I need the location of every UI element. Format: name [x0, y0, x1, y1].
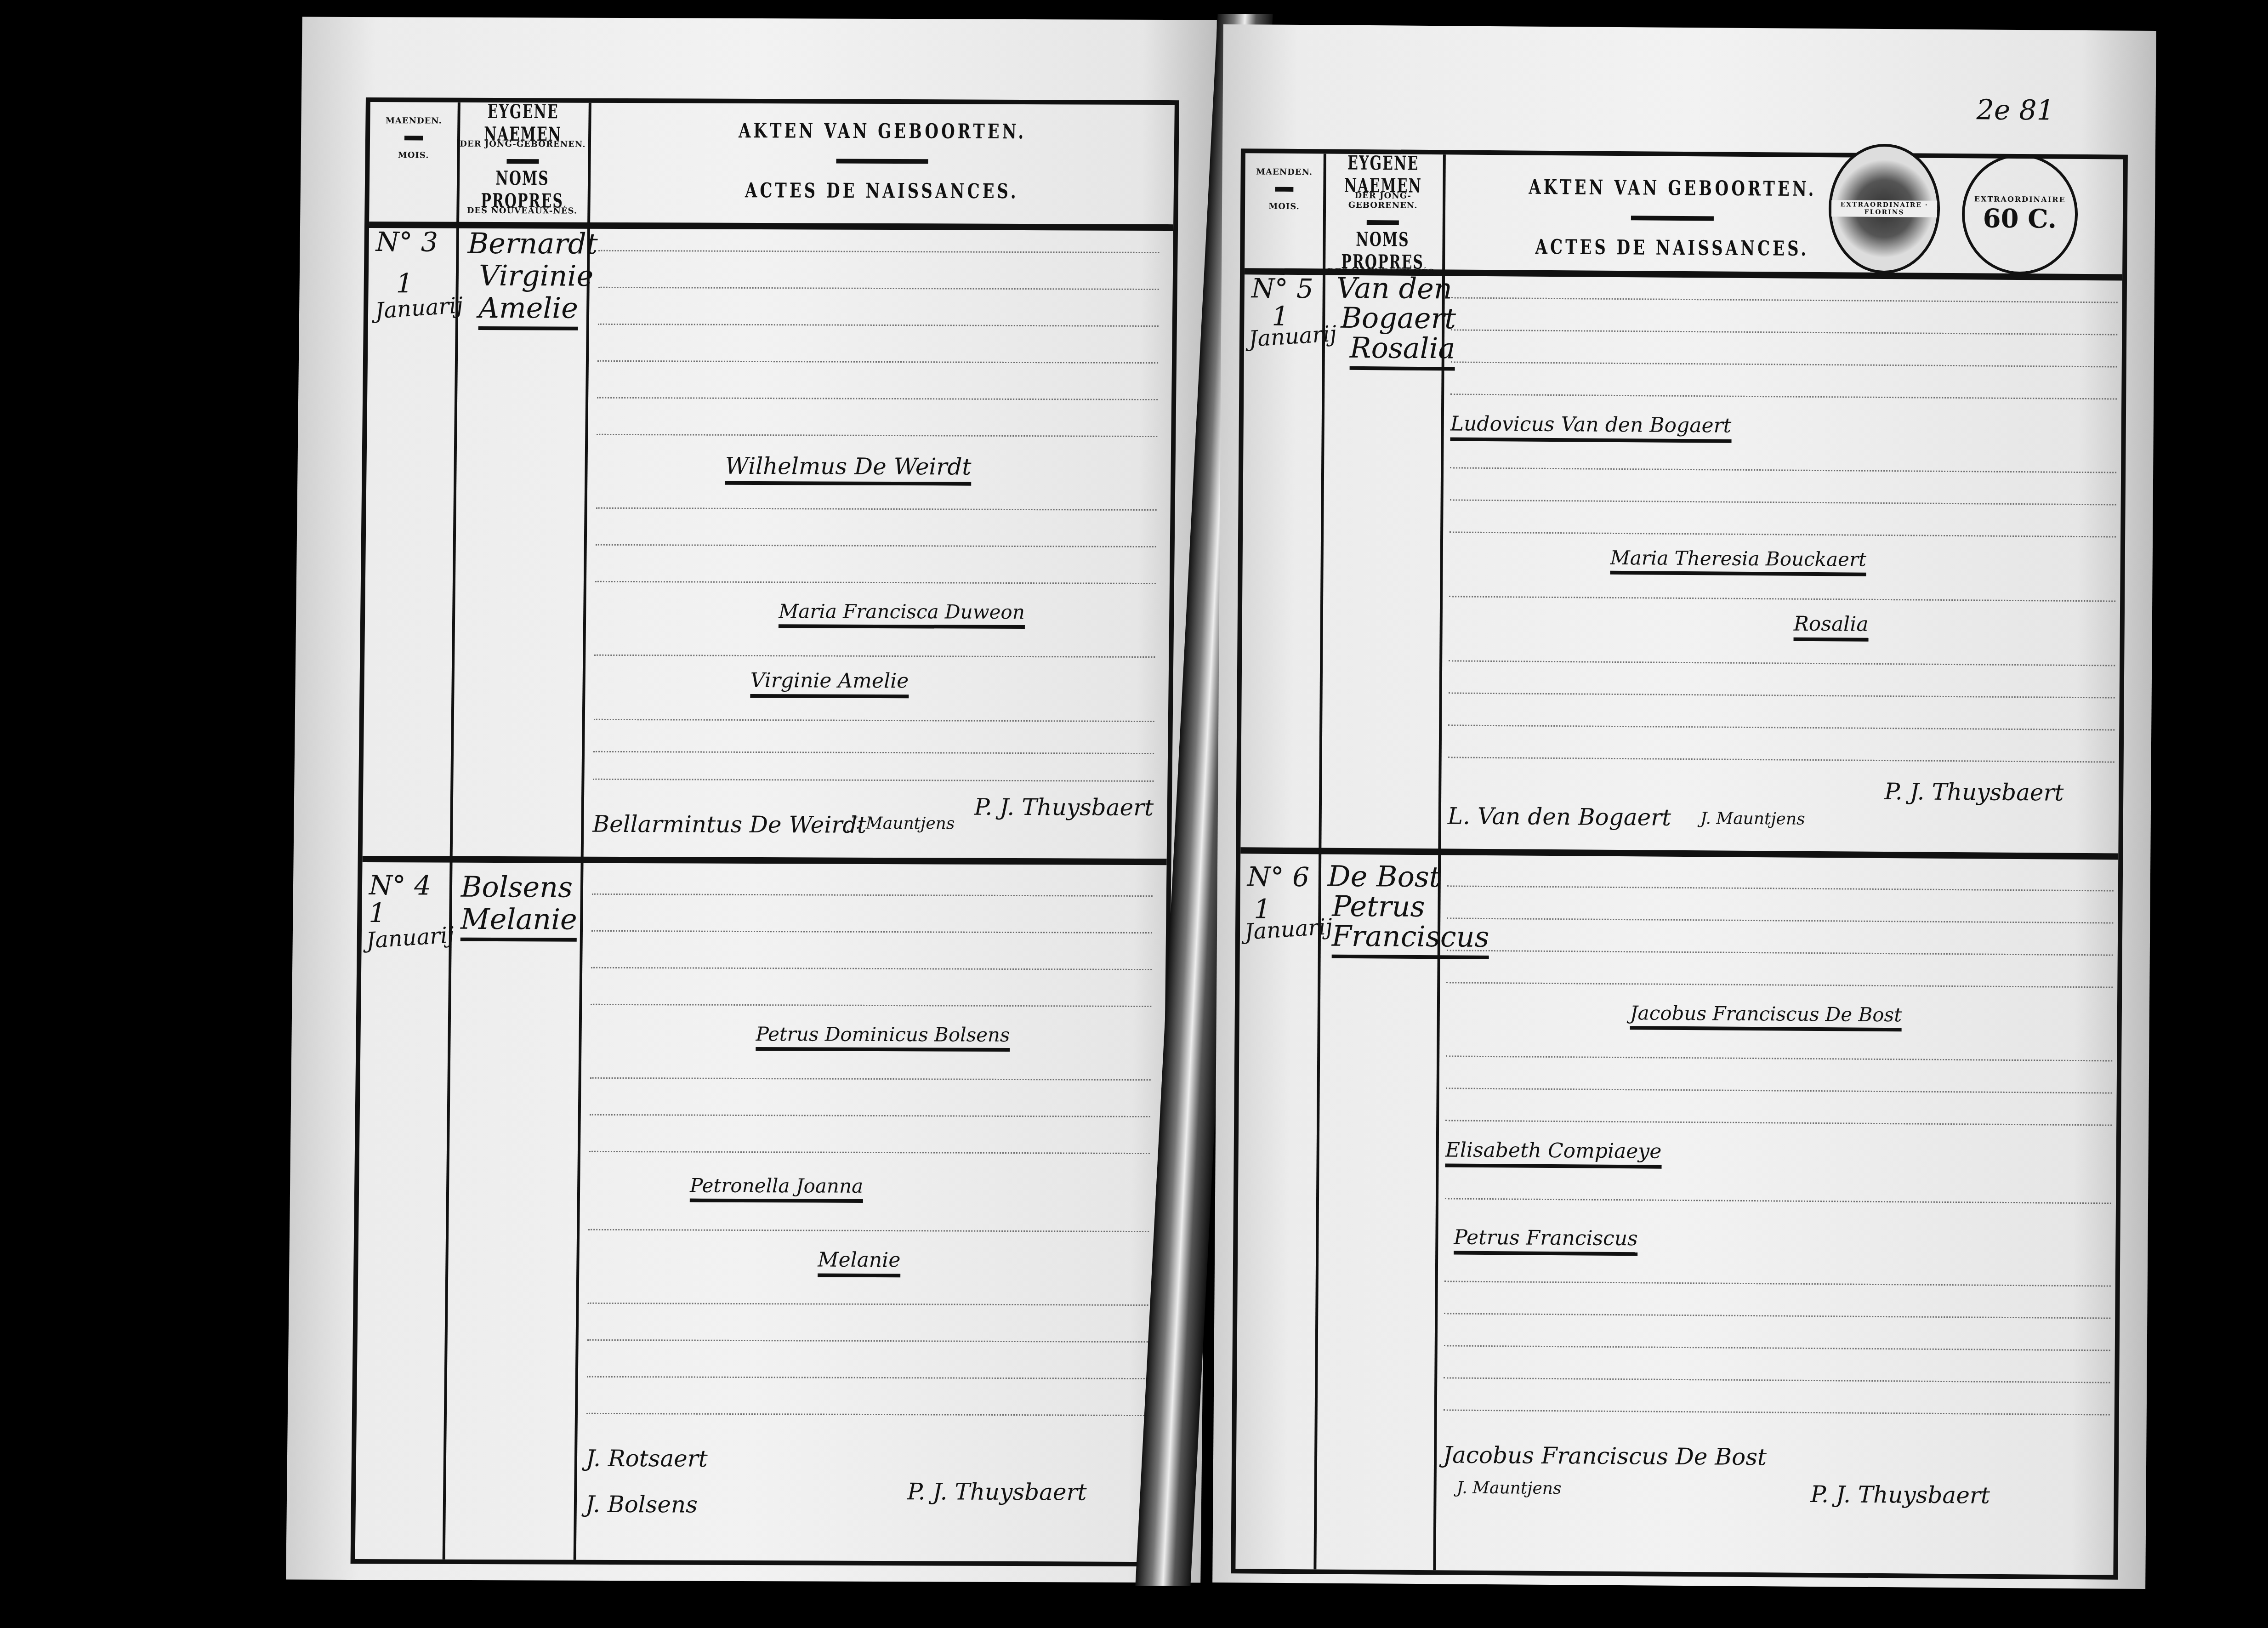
header-dash — [404, 136, 423, 140]
month-header-fr: MOIS. — [1268, 202, 1300, 211]
entry-divider — [363, 856, 1167, 865]
handwriting-line — [1448, 724, 2115, 732]
handwriting-line — [1448, 757, 2115, 764]
handwriting-line — [1451, 361, 2117, 369]
signature: P. J. Thuysbaert — [1884, 778, 2064, 806]
handwriting-line — [596, 507, 1157, 512]
handwriting-line — [597, 360, 1158, 365]
handwriting-line — [1450, 499, 2116, 507]
revenue-stamp-60c: EXTRAORDINAIRE 60 C. — [1961, 154, 2078, 275]
child-name-line: Rosalia — [1350, 331, 1455, 371]
handwriting-line — [597, 434, 1157, 439]
handwriting-line — [1450, 467, 2116, 475]
handwriting-line — [589, 1151, 1150, 1156]
underlined-father-name: Wilhelmus De Weirdt — [725, 453, 972, 486]
handwriting-line — [594, 655, 1155, 660]
underlined-child-name: Rosalia — [1794, 612, 1869, 642]
signature: P. J. Thuysbaert — [974, 794, 1154, 821]
entry-month: Januarij — [365, 922, 455, 954]
title-fr: ACTES DE NAISSANCES. — [588, 178, 1177, 204]
underlined-mother-name: Petronella Joanna — [690, 1174, 864, 1203]
handwriting-line — [590, 1114, 1150, 1119]
handwriting-line — [587, 1376, 1148, 1381]
underlined-child-name: Melanie — [818, 1248, 901, 1278]
month-header-fr: MOIS. — [398, 150, 429, 160]
handwriting-line — [1444, 1313, 2110, 1321]
signature: J. Mauntjens — [1700, 809, 1805, 829]
underlined-father-name: Ludovicus Van den Bogaert — [1450, 412, 1732, 443]
revenue-stamp-eagle: EXTRAORDINAIRE · FLORINS — [1828, 143, 1940, 274]
names-header-fr-1: NOMS PROPRES — [1323, 228, 1443, 274]
child-name-line: Bogaert — [1341, 301, 1456, 336]
underlined-father-name: Petrus Dominicus Bolsens — [756, 1023, 1010, 1052]
child-name-line: Melanie — [460, 902, 577, 942]
month-header-nl: MAENDEN. — [1256, 167, 1313, 177]
names-header-fr-1: NOMS PROPRES — [456, 167, 588, 213]
entry-divider — [1240, 847, 2118, 860]
handwriting-line — [1444, 1409, 2110, 1417]
register-title: AKTEN VAN GEBOORTEN. ACTES DE NAISSANCES… — [588, 121, 1177, 201]
right-page: 2e 81 MAENDEN. MOIS. EYGENE NAEMEN DER J… — [1212, 24, 2156, 1589]
handwriting-line — [588, 1229, 1149, 1234]
column-divider — [1313, 154, 1326, 1569]
signature: L. Van den Bogaert — [1448, 803, 1671, 831]
handwriting-line — [1446, 1087, 2112, 1095]
child-name-line: De Bost — [1328, 860, 1441, 894]
handwriting-line — [598, 287, 1159, 292]
handwriting-line — [587, 1303, 1148, 1308]
child-name-line: Bernardt — [467, 227, 598, 261]
signature: Jacobus Franciscus De Bost — [1443, 1441, 1767, 1470]
underlined-mother-name: Elisabeth Compiaeye — [1445, 1138, 1661, 1168]
handwriting-line — [598, 250, 1159, 255]
handwriting-line — [590, 1077, 1151, 1082]
handwriting-line — [597, 397, 1158, 402]
stamp-ring-text: EXTRAORDINAIRE · FLORINS — [1831, 200, 1937, 217]
signature: P. J. Thuysbaert — [907, 1478, 1087, 1505]
handwriting-line — [1447, 885, 2114, 893]
underlined-father-name: Jacobus Franciscus De Bost — [1630, 1002, 1902, 1031]
handwriting-line — [591, 967, 1152, 972]
handwriting-line — [591, 1004, 1151, 1009]
handwriting-line — [596, 544, 1156, 549]
child-name-line: Petrus — [1332, 889, 1425, 923]
underlined-child-name: Virginie Amelie — [750, 669, 909, 698]
child-name-line: Van den — [1336, 271, 1453, 306]
signature: J. Bolsens — [585, 1491, 698, 1518]
entry-number: N° 4 — [369, 870, 432, 901]
names-column-header: EYGENE NAEMEN DER JONG-GEBORENEN. NOMS P… — [456, 107, 588, 216]
handwriting-line — [1450, 393, 2117, 401]
signature: J. Mauntjens — [850, 814, 955, 833]
entry-month: Januarij — [1248, 321, 1338, 352]
handwriting-line — [593, 779, 1154, 784]
month-column-header: MAENDEN. MOIS. — [1245, 167, 1324, 211]
signature: Bellarmintus De Weirdt — [592, 811, 867, 838]
underlined-mother-name: Maria Theresia Bouckaert — [1610, 546, 1867, 576]
handwriting-line — [591, 930, 1152, 935]
handwriting-line — [1446, 982, 2113, 990]
handwriting-line — [1446, 1055, 2112, 1063]
entry-number: N° 5 — [1251, 273, 1314, 304]
month-column-header: MAENDEN. MOIS. — [370, 116, 458, 160]
child-name-line: Amelie — [478, 291, 578, 330]
handwriting-line — [1447, 917, 2113, 925]
underlined-mother-name: Maria Francisca Duweon — [779, 600, 1025, 629]
header-dash — [506, 159, 539, 164]
header-dash — [1275, 187, 1293, 192]
handwriting-line — [1444, 1281, 2111, 1288]
handwriting-line — [1449, 531, 2116, 539]
title-fr: ACTES DE NAISSANCES. — [1442, 234, 1902, 262]
handwriting-line — [598, 324, 1159, 329]
entry-month: Januarij — [375, 292, 464, 324]
entry-number: N° 6 — [1247, 861, 1310, 893]
entry-number: N° 3 — [375, 226, 438, 257]
signature: J. Mauntjens — [1456, 1479, 1561, 1498]
title-nl: AKTEN VAN GEBOORTEN. — [588, 119, 1177, 144]
child-name-line: Virginie — [479, 259, 594, 293]
handwriting-line — [594, 719, 1154, 724]
handwriting-line — [587, 1339, 1148, 1344]
left-page: MAENDEN. MOIS. EYGENE NAEMEN DER JONG-GE… — [286, 17, 1217, 1583]
stamp-ring-text: EXTRAORDINAIRE — [1974, 194, 2066, 204]
entry-month: Januarij — [1244, 914, 1334, 945]
handwriting-line — [1449, 692, 2115, 700]
left-register-table: MAENDEN. MOIS. EYGENE NAEMEN DER JONG-GE… — [351, 97, 1179, 1566]
handwriting-line — [1449, 596, 2115, 603]
handwriting-line — [1447, 950, 2113, 957]
header-dash — [836, 159, 928, 164]
child-name-line: Franciscus — [1332, 919, 1489, 959]
handwriting-line — [1445, 1120, 2112, 1127]
handwriting-line — [1445, 1198, 2111, 1206]
entry-day: 1 — [396, 268, 413, 299]
right-register-table: MAENDEN. MOIS. EYGENE NAEMEN DER JONG-GE… — [1231, 148, 2128, 1579]
handwriting-line — [586, 1413, 1147, 1418]
handwriting-line — [593, 751, 1154, 756]
handwriting-line — [592, 894, 1153, 899]
names-column-header: EYGENE NAEMEN DER JONG-GEBORENEN. NOMS P… — [1323, 158, 1443, 277]
signature: P. J. Thuysbaert — [1810, 1481, 1990, 1509]
names-header-nl-1: EYGENE NAEMEN — [457, 101, 589, 146]
names-header-nl-1: EYGENE NAEMEN — [1323, 152, 1443, 198]
handwriting-line — [1449, 660, 2115, 668]
child-name-line: Bolsens — [461, 870, 573, 904]
stamp-value: 60 C. — [1983, 203, 2057, 234]
underlined-child-name: Petrus Franciscus — [1454, 1226, 1638, 1256]
header-dash — [1631, 216, 1714, 221]
month-header-nl: MAENDEN. — [386, 116, 442, 125]
signature: J. Rotsaert — [586, 1445, 708, 1472]
page-number-marking: 2e 81 — [1976, 94, 2054, 126]
handwriting-line — [595, 581, 1156, 586]
handwriting-line — [1444, 1377, 2110, 1385]
column-divider — [443, 102, 460, 1560]
handwriting-line — [1444, 1345, 2110, 1353]
header-dash — [1367, 220, 1399, 225]
handwriting-line — [1451, 329, 2117, 337]
entry-day: 1 — [369, 897, 386, 928]
handwriting-line — [1451, 297, 2118, 305]
